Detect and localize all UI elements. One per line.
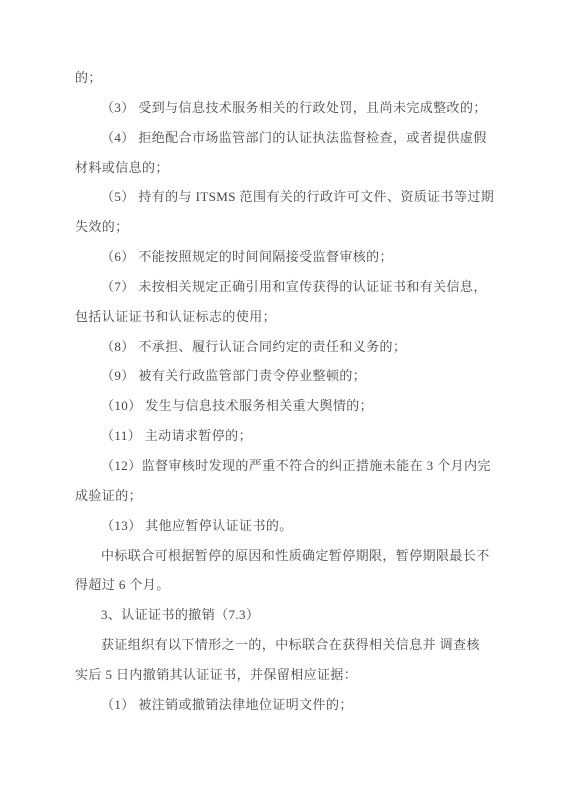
text-line: 包括认证证书和认证标志的使用； <box>75 302 505 332</box>
text-line: （5） 持有的与 ITSMS 范围有关的行政许可文件、资质证书等过期 <box>75 182 505 212</box>
text-line: 中标联合可根据暂停的原因和性质确定暂停期限，暂停期限最长不 <box>75 541 505 571</box>
text-line: 获证组织有以下情形之一的，中标联合在获得相关信息并 调查核 <box>75 630 505 660</box>
text-line: 得超过 6 个月。 <box>75 570 505 600</box>
text-line: （6） 不能按照规定的时间间隔接受监督审核的； <box>75 242 505 272</box>
text-line: （3） 受到与信息技术服务相关的行政处罚，且尚未完成整改的； <box>75 93 505 123</box>
text-line: （11） 主动请求暂停的； <box>75 421 505 451</box>
text-line: （7） 未按相关规定正确引用和宣传获得的认证证书和有关信息， <box>75 272 505 302</box>
text-line: 实后 5 日内撤销其认证证书，并保留相应证据： <box>75 660 505 690</box>
text-line: 材料或信息的； <box>75 153 505 183</box>
text-line: 失效的； <box>75 212 505 242</box>
document-body: 的； （3） 受到与信息技术服务相关的行政处罚，且尚未完成整改的； （4） 拒绝… <box>75 63 505 720</box>
text-line: （12）监督审核时发现的严重不符合的纠正措施未能在 3 个月内完 <box>75 451 505 481</box>
text-line: 的； <box>75 63 505 93</box>
text-line: （9） 被有关行政监管部门责令停业整顿的； <box>75 361 505 391</box>
text-line: （8） 不承担、履行认证合同约定的责任和义务的； <box>75 332 505 362</box>
heading-line: 3、认证证书的撤销（7.3） <box>75 600 505 630</box>
text-line: （13） 其他应暂停认证证书的。 <box>75 511 505 541</box>
document-page: 的； （3） 受到与信息技术服务相关的行政处罚，且尚未完成整改的； （4） 拒绝… <box>0 0 566 800</box>
text-line: 成验证的； <box>75 481 505 511</box>
text-line: （4） 拒绝配合市场监管部门的认证执法监督检查，或者提供虚假 <box>75 123 505 153</box>
text-line: （1） 被注销或撤销法律地位证明文件的； <box>75 690 505 720</box>
text-line: （10） 发生与信息技术服务相关重大舆情的； <box>75 391 505 421</box>
